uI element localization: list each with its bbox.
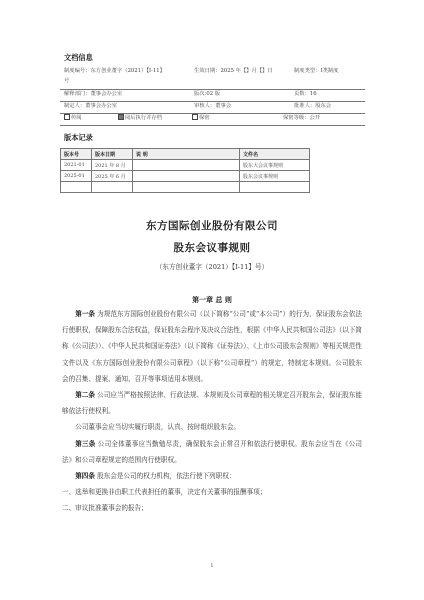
article-label: 第一条 bbox=[75, 310, 95, 318]
col-date: 版本日期 bbox=[92, 149, 133, 160]
table-row bbox=[61, 182, 310, 193]
article-text: 公司全体董事应当勤勉尽责，确保股东会正常召开和依法行使职权。股东会应当在《公司法… bbox=[62, 440, 362, 464]
info-row-distribution: 传阅 阅后执行并存档 保密 保密等级：公开 bbox=[62, 113, 364, 124]
article-label: 第四条 bbox=[75, 472, 95, 480]
option-circulate[interactable]: 传阅 bbox=[64, 113, 82, 124]
divider bbox=[60, 125, 365, 126]
approver: 批准人：股东会 bbox=[294, 101, 331, 112]
system-code-wrap: 号 bbox=[64, 76, 69, 87]
table-row: 2021-01 2021 年 8 月 股东大会议事规则 bbox=[61, 160, 310, 171]
cell-version: 2025-01 bbox=[61, 171, 92, 182]
cell-version: 2021-01 bbox=[61, 160, 92, 171]
cell-filename: 股东大会议事规则 bbox=[240, 160, 310, 171]
version-table-header: 版本号 版本日期 说 明 文件名 bbox=[61, 149, 310, 160]
article-3: 第三条 公司全体董事应当勤勉尽责，确保股东会正常召开和依法行使职权。股东会应当在… bbox=[62, 436, 362, 468]
option-confidential[interactable]: 保密 bbox=[192, 113, 210, 124]
page-count: 页数：16 bbox=[294, 89, 317, 100]
chapter-heading: 第一章 总 则 bbox=[0, 295, 424, 305]
option-confidential-label: 保密 bbox=[199, 115, 210, 121]
version-table: 版本号 版本日期 说 明 文件名 2021-01 2021 年 8 月 股东大会… bbox=[60, 148, 310, 193]
article-text: 公司应当严格按照法律、行政法规、本规则及公司章程的相关规定召开股东会，保证股东能… bbox=[62, 391, 362, 415]
info-row-dept: 解释部门：董事会办公室 版次:02 版 页数：16 bbox=[62, 89, 364, 100]
document-body: 第一条 为规范东方国际创业股份有限公司（以下简称“公司”或“本公司”）的行为，保… bbox=[62, 306, 362, 517]
col-version: 版本号 bbox=[61, 149, 92, 160]
option-execute-archive-label: 阅后执行并存档 bbox=[125, 115, 162, 121]
interpret-dept: 解释部门：董事会办公室 bbox=[64, 89, 122, 100]
cell-desc bbox=[133, 160, 240, 171]
document-page: 文档信息 制度编号：东方创业董字（2021）【Ⅰ-11】 生效日期：2025 年… bbox=[0, 0, 424, 600]
article-4-item-1: 一、选举和更换非由职工代表担任的董事，决定有关董事的报酬事项； bbox=[62, 484, 362, 500]
cell-filename: 股东会议事规则 bbox=[240, 171, 310, 182]
reviewer: 审核人：董事会 bbox=[194, 101, 231, 112]
cell-desc bbox=[133, 182, 240, 193]
document-number: （东方创业董字（2021）【Ⅰ-11】号） bbox=[0, 261, 424, 271]
option-circulate-label: 传阅 bbox=[71, 115, 82, 121]
article-text: 一、选举和更换非由职工代表担任的董事，决定有关董事的报酬事项； bbox=[62, 488, 266, 496]
edition: 版次:02 版 bbox=[194, 89, 220, 100]
cell-filename bbox=[240, 182, 310, 193]
checkbox-confidential[interactable] bbox=[192, 114, 198, 120]
article-1: 第一条 为规范东方国际创业股份有限公司（以下简称“公司”或“本公司”）的行为，保… bbox=[62, 306, 362, 387]
cell-desc bbox=[133, 171, 240, 182]
drafter: 制定人：董事会办公室 bbox=[64, 101, 117, 112]
table-row: 2025-01 2025 年 6 月 股东会议事规则 bbox=[61, 171, 310, 182]
cell-version bbox=[61, 182, 92, 193]
cell-date: 2021 年 8 月 bbox=[92, 160, 133, 171]
article-4-item-2: 二、审议批准董事会的报告； bbox=[62, 500, 362, 516]
article-text: 为规范东方国际创业股份有限公司（以下简称“公司”或“本公司”）的行为，保证股东会… bbox=[62, 310, 362, 383]
security-level: 保密等级：公开 bbox=[283, 113, 320, 124]
document-title: 股东会议事规则 bbox=[0, 240, 424, 255]
page-number: 1 bbox=[0, 563, 424, 569]
version-record-title: 版本记录 bbox=[64, 133, 93, 143]
article-text: 股东会是公司的权力机构，依法行使下列职权： bbox=[95, 472, 236, 480]
article-4: 第四条 股东会是公司的权力机构，依法行使下列职权： bbox=[62, 468, 362, 484]
doc-info-title: 文档信息 bbox=[64, 53, 93, 63]
info-row-people: 制定人：董事会办公室 审核人：董事会 批准人：股东会 bbox=[62, 101, 364, 112]
article-text: 二、审议批准董事会的报告； bbox=[62, 504, 148, 512]
cell-date: 2025 年 6 月 bbox=[92, 171, 133, 182]
article-text: 公司董事会应当切实履行职责，认真、按时组织股东会。 bbox=[75, 423, 240, 431]
checkbox-execute-archive[interactable] bbox=[118, 114, 124, 120]
article-label: 第二条 bbox=[75, 391, 95, 399]
divider bbox=[60, 101, 365, 102]
divider bbox=[60, 113, 365, 114]
article-2-para: 公司董事会应当切实履行职责，认真、按时组织股东会。 bbox=[62, 419, 362, 435]
article-2: 第二条 公司应当严格按照法律、行政法规、本规则及公司章程的相关规定召开股东会，保… bbox=[62, 387, 362, 419]
info-row-code-wrap: 号 bbox=[62, 76, 364, 87]
divider bbox=[60, 89, 365, 90]
article-label: 第三条 bbox=[75, 440, 95, 448]
cell-date bbox=[92, 182, 133, 193]
col-desc: 说 明 bbox=[133, 149, 240, 160]
option-execute-archive[interactable]: 阅后执行并存档 bbox=[118, 113, 162, 124]
company-name: 东方国际创业股份有限公司 bbox=[0, 218, 424, 233]
checkbox-circulate[interactable] bbox=[64, 114, 70, 120]
col-filename: 文件名 bbox=[240, 149, 310, 160]
